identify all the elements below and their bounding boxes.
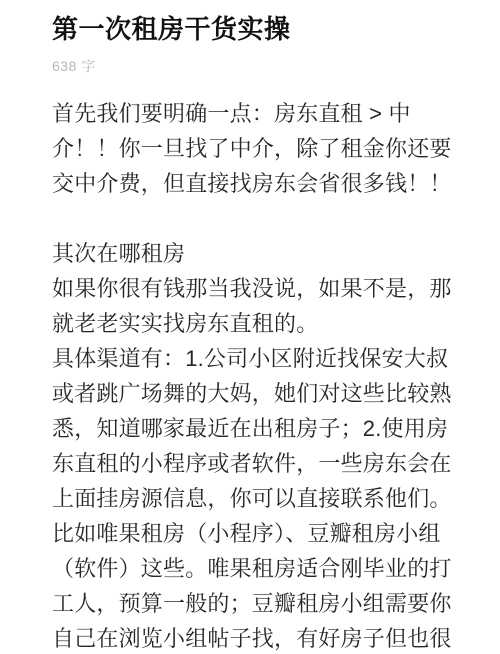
text-line: 比如唯果租房（小程序）、豆瓣租房小组 — [52, 516, 450, 551]
text-line: 自己在浏览小组帖子找，有好房子但也很 — [52, 621, 450, 654]
text-line: 就老老实实找房东直租的。 — [52, 306, 450, 341]
paragraph — [52, 201, 450, 236]
word-count: 638 字 — [52, 56, 450, 76]
text-line: 东直租的小程序或者软件，一些房东会在 — [52, 446, 450, 481]
paragraph: 首先我们要明确一点：房东直租 > 中介！！你一旦找了中介，除了租金你还要交中介费… — [52, 96, 450, 201]
text-line: 或者跳广场舞的大妈，她们对这些比较熟 — [52, 376, 450, 411]
note-page: 第一次租房干货实操 638 字 首先我们要明确一点：房东直租 > 中介！！你一旦… — [0, 0, 500, 654]
text-line: 其次在哪租房 — [52, 236, 450, 271]
text-line: 交中介费，但直接找房东会省很多钱！！ — [52, 166, 450, 201]
text-line: 悉，知道哪家最近在出租房子；2.使用房 — [52, 411, 450, 446]
text-line: 首先我们要明确一点：房东直租 > 中 — [52, 96, 450, 131]
paragraph: 具体渠道有：1.公司小区附近找保安大叔或者跳广场舞的大妈，她们对这些比较熟悉，知… — [52, 341, 450, 654]
note-title: 第一次租房干货实操 — [52, 12, 450, 46]
text-line — [52, 201, 450, 236]
text-line: 上面挂房源信息，你可以直接联系他们。 — [52, 481, 450, 516]
text-line: 具体渠道有：1.公司小区附近找保安大叔 — [52, 341, 450, 376]
text-line: （软件）这些。唯果租房适合刚毕业的打 — [52, 551, 450, 586]
article-body: 首先我们要明确一点：房东直租 > 中介！！你一旦找了中介，除了租金你还要交中介费… — [52, 96, 450, 654]
text-line: 介！！你一旦找了中介，除了租金你还要 — [52, 131, 450, 166]
text-line: 如果你很有钱那当我没说，如果不是，那 — [52, 271, 450, 306]
paragraph: 其次在哪租房 — [52, 236, 450, 271]
text-line: 工人，预算一般的；豆瓣租房小组需要你 — [52, 586, 450, 621]
paragraph: 如果你很有钱那当我没说，如果不是，那就老老实实找房东直租的。 — [52, 271, 450, 341]
